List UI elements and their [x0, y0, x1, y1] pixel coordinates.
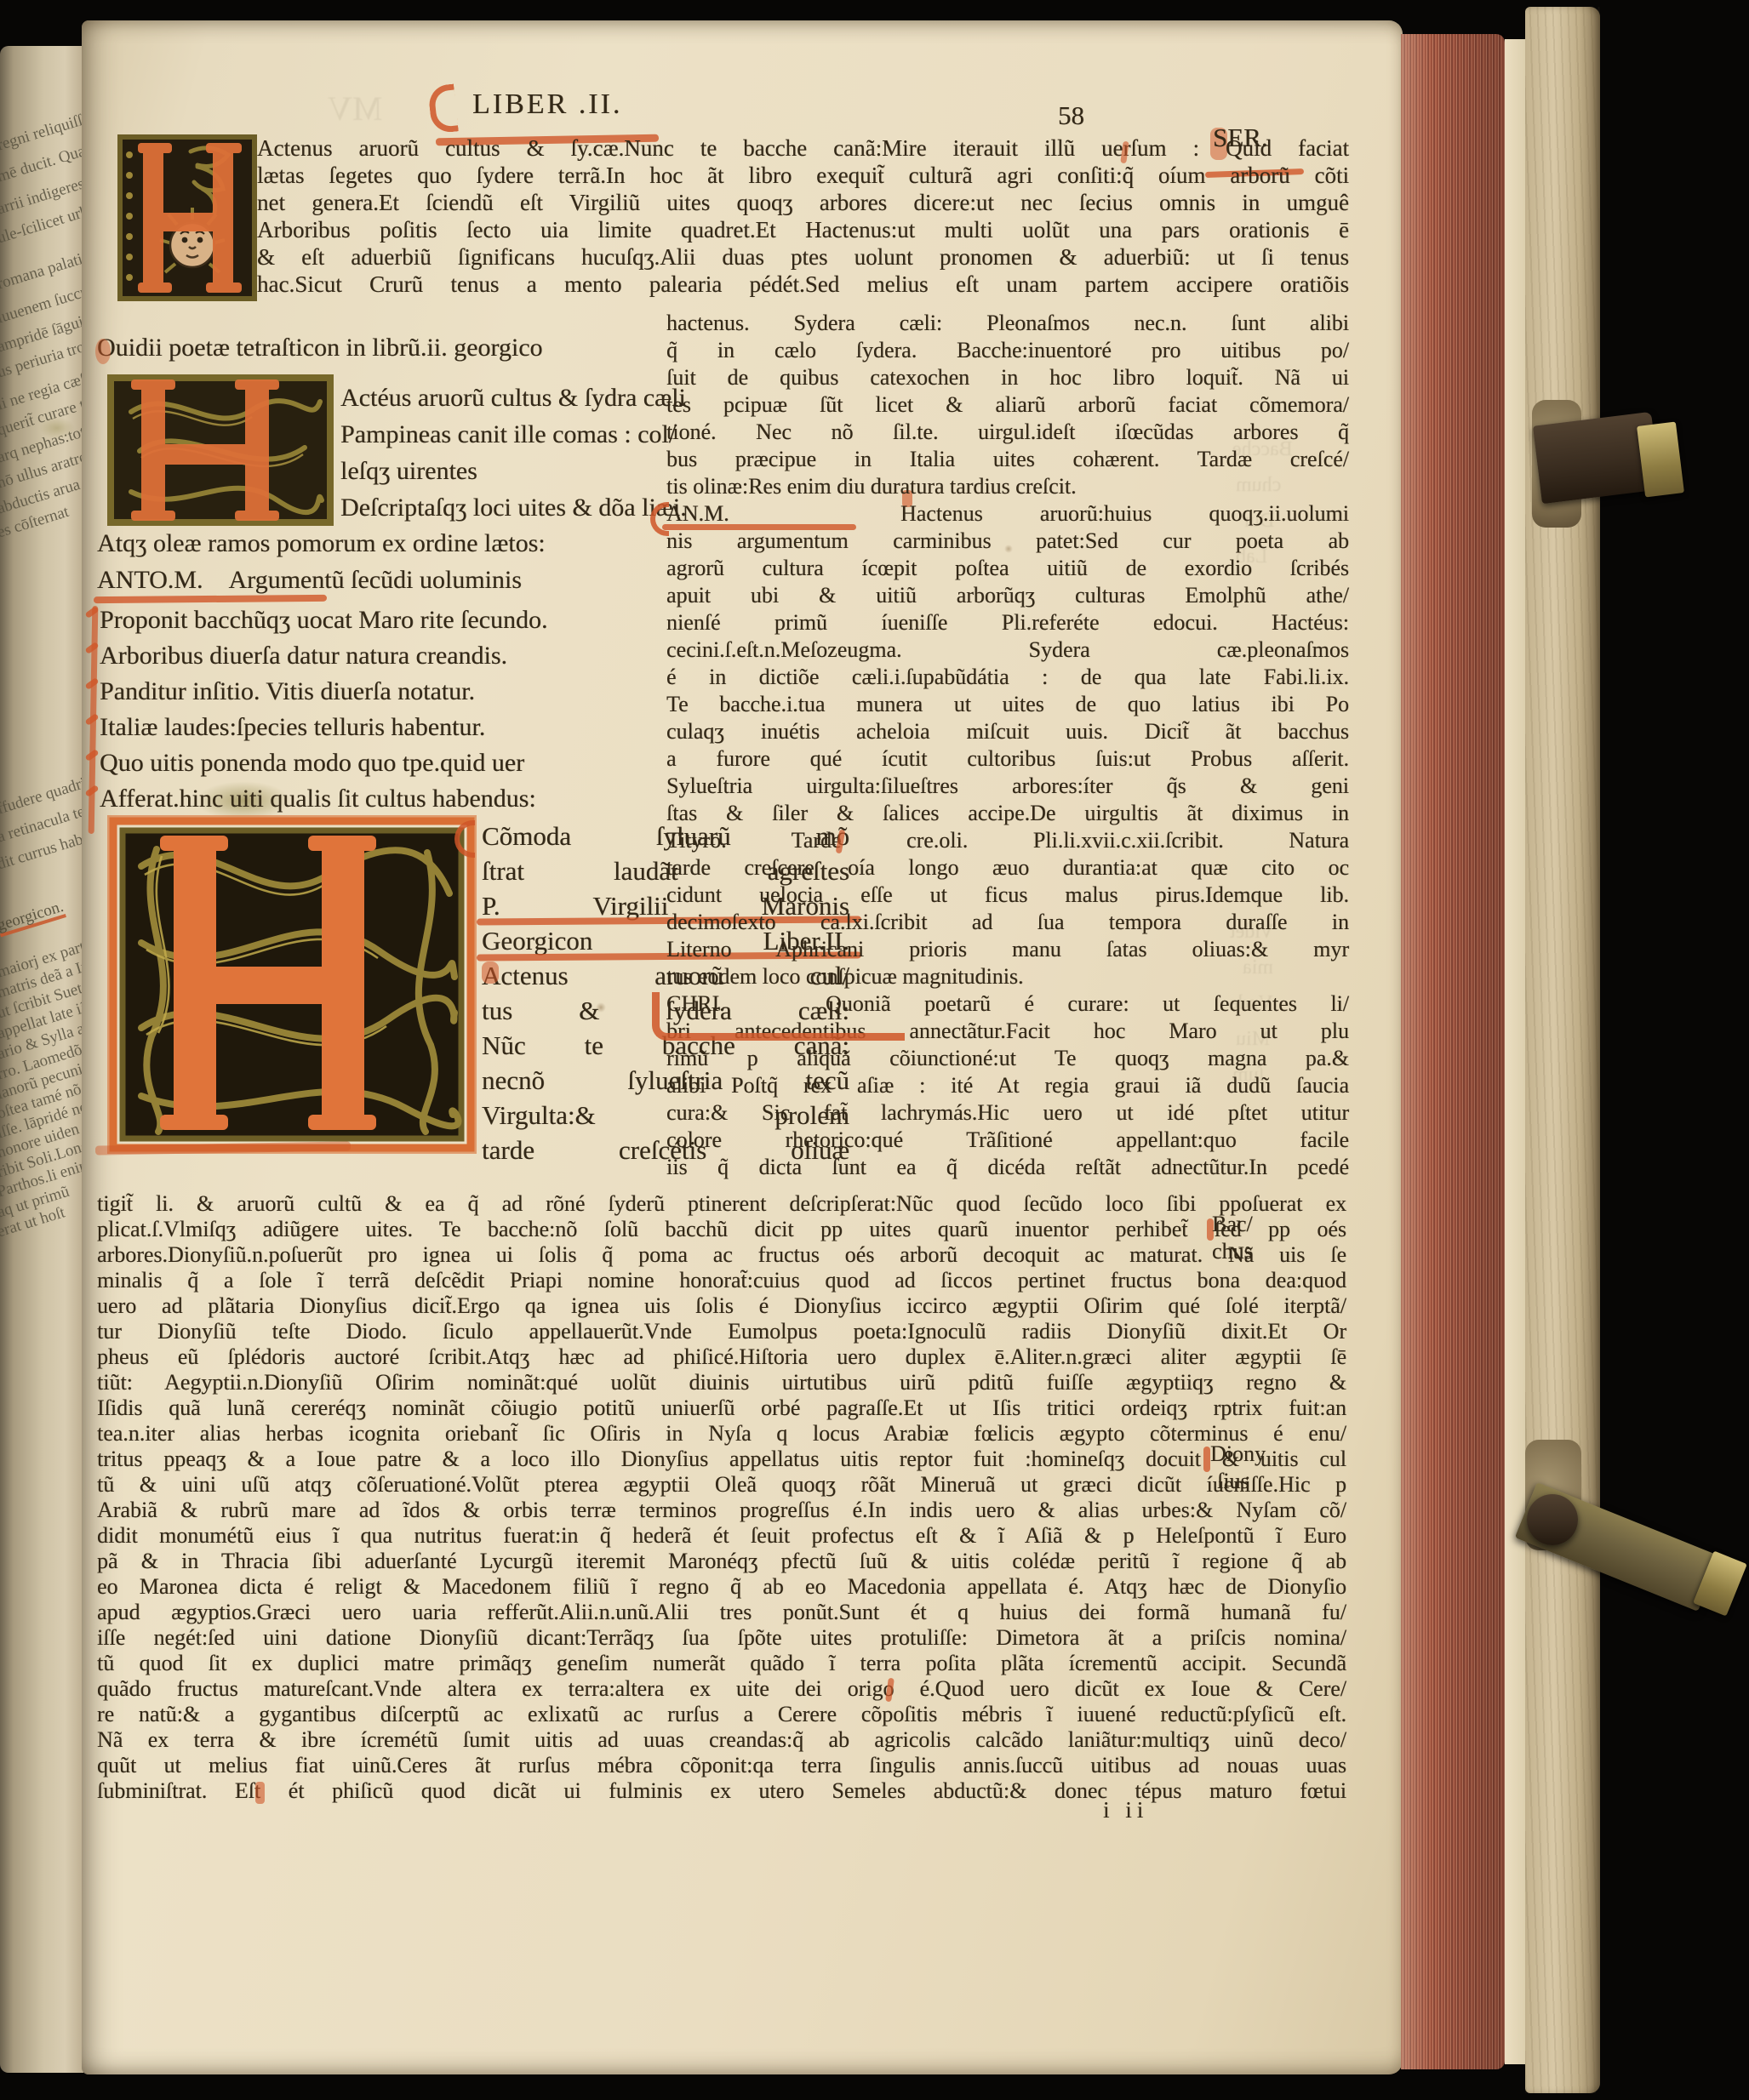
text-line: alibi Poſtq̃ rex aſiæ : ité At regia gra…	[666, 1072, 1349, 1099]
text-line: agrorũ cultura ícœpit poſtea uitiũ de ex…	[666, 555, 1349, 582]
text-line: Actenus aruorũ cultus & ſy.cæ.Nunc te ba…	[257, 134, 1349, 162]
text-line: tritus ppeaqʒ & a Ioue patre & a loco il…	[97, 1447, 1346, 1472]
clasp-brass-tip-top	[1637, 422, 1684, 498]
text-line: net genera.Et ſciendũ eſt Virgiliũ uites…	[257, 189, 1349, 216]
text-line: Arabiã & rubrũ mare ad ĩdos & orbis terr…	[97, 1498, 1346, 1523]
text-line: colore rhetorico:qué Trãſitioné appellan…	[666, 1127, 1349, 1154]
verse-line: Proponit bacchũqʒ uocat Maro rite ſecund…	[100, 602, 678, 638]
margin-note-dionysius-2: ſius	[1217, 1469, 1249, 1494]
text-line: cura:& Sic fat̃ lachrymás.Hic uero ut id…	[666, 1099, 1349, 1127]
text-line: hactenus. Sydera cæli: Pleonaſmos nec.n.…	[666, 310, 1349, 337]
commentary-bottom-block: tigit̃ li. & aruorũ cultũ & ea q̃ ad rõn…	[97, 1191, 1346, 1804]
text-line: tis olinæ:Res enim diu duratura tardius …	[666, 473, 1349, 500]
text-line: re natũ:& a gygantibus diſcerptũ ac exli…	[97, 1702, 1346, 1727]
text-line: tiũt: Aegyptii.n.Dionyſiũ Oſirim nominãt…	[97, 1370, 1346, 1395]
text-line: plicat.ſ.Vlmiſqʒ adiũgere uites. Te bacc…	[97, 1217, 1346, 1242]
red-fore-edge	[1401, 34, 1505, 2069]
text-line: nienſé primũ íueniſſe Pli.referéte edocu…	[666, 609, 1349, 636]
text-line: tus eodem loco conſpicuæ magnitudinis.	[666, 963, 1349, 990]
text-line: Nã ex terra & ibre ícremétũ ſumit uitis …	[97, 1727, 1346, 1753]
text-line: tũ quod ſit ex duplici matre primãqʒ gen…	[97, 1651, 1346, 1676]
text-line: culaqʒ inuétis acheloia miſcuit uuis. Di…	[666, 718, 1349, 745]
text-line: apuit ubi & uitiũ arborũqʒ culturas Emol…	[666, 582, 1349, 609]
rubrication-touch-dionysius	[1203, 1447, 1210, 1472]
verse-line: Italiæ laudes:ſpecies telluris habentur.	[100, 710, 678, 745]
text-line: didit monumétũ eius ĩ qua nutritus fuera…	[97, 1523, 1346, 1549]
verse-line: Afferat.hinc uiti qualis ſit cultus habe…	[100, 781, 678, 817]
text-line: Iſidis quã lunã cereréqʒ nominãt cõiugio…	[97, 1395, 1346, 1421]
opening-paragraph: Actenus aruorũ cultus & ſy.cæ.Nunc te ba…	[257, 134, 1349, 298]
rubrication-touch-est	[255, 1782, 265, 1804]
text-line: ſubminiſtrat. Eſt ét phiſicũ quod dicãt …	[97, 1778, 1346, 1804]
text-line: arbores.Dionyſiũ.n.poſuerũt pro ignea ui…	[97, 1242, 1346, 1268]
text-line: iſſe negét:ſed uini datione Dionyſiũ dic…	[97, 1625, 1346, 1651]
text-line: tigit̃ li. & aruorũ cultũ & ea q̃ ad rõn…	[97, 1191, 1346, 1217]
text-line: ſuit de quibus catexochen in hoc libro l…	[666, 364, 1349, 391]
margin-note-dionysius-1: Diony	[1210, 1441, 1266, 1467]
text-line: cidunt uelocia eſſe ut ficus malus pirus…	[666, 882, 1349, 909]
show-through-running-title: MV	[328, 88, 382, 128]
text-line: a furore qué ícutit cultoribus ſuis:ut P…	[666, 745, 1349, 773]
text-line: ſtas & ſiler & ſalices accipe.De uirgult…	[666, 800, 1349, 827]
running-title: LIBER .II.	[472, 88, 622, 121]
text-line: lætas ſegetes quo ſydere terrã.In hoc ãt…	[257, 162, 1349, 189]
text-line: apud ægyptios.Græci uero uaria refferũt.…	[97, 1600, 1346, 1625]
previous-page-text-fragment: romana palatia	[0, 239, 83, 294]
clasp-leather-loop-bottom	[1527, 1494, 1578, 1545]
text-line: & eſt aduerbiũ ſignificans hucuſqʒ.Alii …	[257, 243, 1349, 271]
text-line: Sylueſtria uirgulta:ſilueſtres arbores:í…	[666, 773, 1349, 800]
pigment-smudge	[39, 417, 75, 439]
rubrication-touch-actenus	[482, 962, 499, 984]
text-line: Literno Aphricani prioris manu ſatas oli…	[666, 936, 1349, 963]
verse-line: Quo uitis ponenda modo quo tpe.quid uer	[100, 745, 678, 781]
text-line: iis q̃ dicta ſunt ea q̃ dicéda reſtãt ad…	[666, 1154, 1349, 1181]
text-line: quãdo fructus matureſcant.Vnde altera ex…	[97, 1676, 1346, 1702]
text-line: pã & in Thracia ſibi aduerſanté Lycurgũ …	[97, 1549, 1346, 1574]
text-line: tes pcipuæ ſũt licet & aliarũ arborũ fac…	[666, 391, 1349, 419]
decorated-initial-h-small	[107, 374, 334, 526]
page-block-edge	[1505, 39, 1525, 2064]
book-photo: regni reliquiſſe. Rommē ducit. Quæ aurar…	[0, 0, 1749, 2100]
text-line: pheus eũ ſplédoris auctoré ſcribit.Atqʒ …	[97, 1344, 1346, 1370]
tetrasticon-heading: Ouidii poetæ tetraſticon in librũ.ii. ge…	[97, 334, 543, 362]
text-line: minalis q̃ a ſole ĩ terrã deſcẽdit Priap…	[97, 1268, 1346, 1293]
text-line: Arboribus poſitis ſecto uia limite quadr…	[257, 216, 1349, 243]
text-line: rimũ p aliquã cõiunctioné:ut Te quoqʒ ma…	[666, 1045, 1349, 1072]
rubrication-bracket-chri	[652, 992, 905, 1041]
margin-note-bacchus-1: Bac/	[1212, 1212, 1253, 1237]
argument-heading-line: ANTO.M. Argumentũ ſecũdi uoluminis	[97, 566, 522, 595]
text-line: hac.Sicut Crurũ tenus a mento palearia p…	[257, 271, 1349, 298]
text-line: Tityro. Tarde cre.oli. Pli.li.xvii.c.xii…	[666, 827, 1349, 854]
text-line: tarde creſcere oía longo æuo durantia:at…	[666, 854, 1349, 882]
text-line: bus præcipue in Italia uites cohærent. T…	[666, 446, 1349, 473]
text-line: eo Maronea dicta é religt & Macedonem fi…	[97, 1574, 1346, 1600]
rubrication-touch-ouidii	[95, 339, 111, 364]
text-line: tea.n.iter alias herbas icognita orieban…	[97, 1421, 1346, 1447]
previous-page-edge: regni reliquiſſe. Rommē ducit. Quæ aurar…	[0, 46, 83, 2073]
text-line: é in dictiõe cæli.i.ſupabũdátia : de qua…	[666, 664, 1349, 691]
argument-verses: Proponit bacchũqʒ uocat Maro rite ſecund…	[100, 602, 678, 817]
text-line: decimoſexto ca.lxi.ſcribit ad ſua tempor…	[666, 909, 1349, 936]
rubrication-underline-anm	[662, 524, 856, 530]
text-line: tũ & uini uſũ atqʒ cõſeruationé.Volũt pt…	[97, 1472, 1346, 1498]
text-line: Te bacche.i.tua munera ut uites de quo l…	[666, 691, 1349, 718]
verse-line: Panditur inſitio. Vitis diuerſa notatur.	[100, 674, 678, 710]
verse-line: Arboribus diuerſa datur natura creandis.	[100, 638, 678, 674]
parchment-cover-edge	[1525, 7, 1600, 2093]
text-line: tioné. Nec nõ ſil.te. uirgul.ideſt iſœcũ…	[666, 419, 1349, 446]
text-line: uero ad plãtaria Dionyſius dicit̃.Ergo q…	[97, 1293, 1346, 1319]
text-line: cecini.ſ.eſt.n.Meſozeugma. Sydera cæ.ple…	[666, 636, 1349, 664]
text-line: tur Dionyſiũ teſte Diodo. ſiculo appella…	[97, 1319, 1346, 1344]
verse-olive-line: Atqʒ oleæ ramos pomorum ex ordine lætos:	[97, 529, 546, 558]
decorated-initial-h-large	[107, 815, 477, 1154]
commentary-right-column: hactenus. Sydera cæli: Pleonaſmos nec.n.…	[666, 310, 1349, 1181]
folio-number: 58	[1058, 100, 1084, 131]
quire-signature: i ii	[1103, 1797, 1148, 1823]
decorated-initial-h-face	[117, 134, 257, 301]
text-line: nis argumentum carminibus patet:Sed cur …	[666, 528, 1349, 555]
margin-note-bacchus-2: chus	[1212, 1239, 1253, 1264]
text-line: quũt ut melius fiat uinũ.Ceres ãt rurſus…	[97, 1753, 1346, 1778]
text-line: q̃ in cælo ſydera. Bacche:inuentoré pro …	[666, 337, 1349, 364]
previous-page-text-fragment: georgicon.	[0, 881, 83, 936]
